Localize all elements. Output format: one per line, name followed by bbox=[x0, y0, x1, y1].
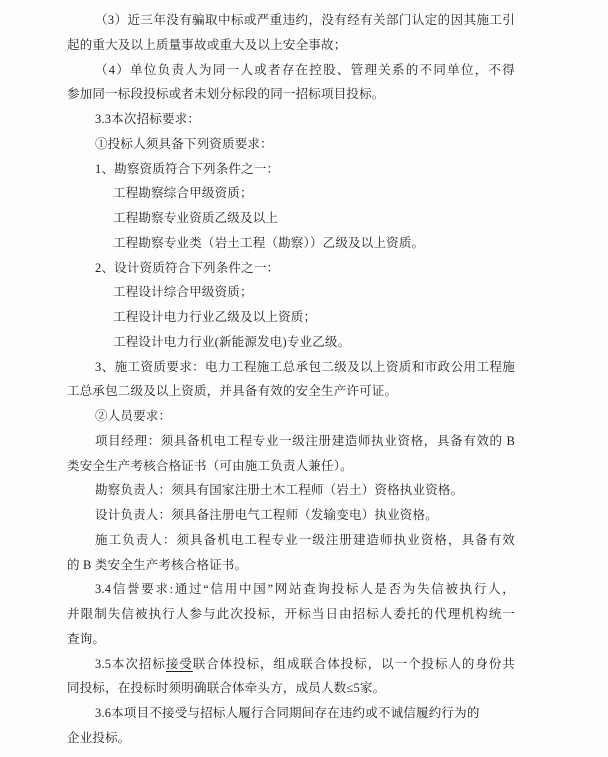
text-segment: 工程设计综合甲级资质； bbox=[113, 285, 253, 299]
text-segment: 1、勘察资质符合下列条件之一： bbox=[95, 162, 279, 176]
text-segment: 企业投标。 bbox=[67, 731, 131, 745]
text-segment: 参加同一标段投标或者未划分标段的同一招标项目投标。 bbox=[67, 87, 385, 101]
text-line: 3.6本项目不接受与招标人履行合同期间存在违约或不诚信履约行为的 bbox=[67, 701, 515, 726]
paragraph-survey-option-2: 工程勘察专业资质乙级及以上 bbox=[67, 206, 515, 231]
paragraph-qualification-intro: ①投标人须具备下列资质要求： bbox=[67, 132, 515, 157]
text-line: 的 B 类安全生产考核合格证书。 bbox=[67, 553, 515, 578]
text-segment: 起的重大及以上质量事故或重大及以上安全事故； bbox=[67, 38, 346, 52]
text-line: 企业投标。 bbox=[67, 726, 515, 751]
text-segment: 查询。 bbox=[67, 632, 105, 646]
text-segment: 并限制失信被执行人参与此次投标，开标当日由招标人委托的代理机构统一 bbox=[67, 607, 515, 621]
text-segment: （3）近三年没有骗取中标或严重违约，没有经有关部门认定的因其施工引 bbox=[95, 13, 515, 27]
text-line: 2、设计资质符合下列条件之一： bbox=[67, 256, 515, 281]
text-segment: 3.5本次招标 bbox=[95, 657, 166, 671]
text-line: 3、施工资质要求：电力工程施工总承包二级及以上资质和市政公用工程施 bbox=[67, 355, 515, 380]
text-segment: 项目经理：须具备机电工程专业一级注册建造师执业资格，具备有效的 B bbox=[95, 434, 515, 448]
text-line: 工总承包二级及以上资质，并具备有效的安全生产许可证。 bbox=[67, 379, 515, 404]
text-segment: 设计负责人：须具备注册电气工程师（发输变电）执业资格。 bbox=[95, 508, 438, 522]
text-line: ①投标人须具备下列资质要求： bbox=[67, 132, 515, 157]
text-segment: 的 B 类安全生产考核合格证书。 bbox=[67, 558, 247, 572]
paragraph-clause-3: （3）近三年没有骗取中标或严重违约，没有经有关部门认定的因其施工引起的重大及以上… bbox=[67, 8, 515, 58]
text-line: 类安全生产考核合格证书（可由施工负责人兼任）。 bbox=[67, 454, 515, 479]
text-segment: 类安全生产考核合格证书（可由施工负责人兼任）。 bbox=[67, 459, 353, 473]
text-segment: 施工负责人：须具备机电工程专业一级注册建造师执业资格，具备有效 bbox=[95, 533, 515, 547]
text-segment: 勘察负责人：须具有国家注册土木工程师（岩土）资格执业资格。 bbox=[95, 483, 463, 497]
text-line: 同投标，在投标时须明确联合体牵头方，成员人数≤5家。 bbox=[67, 676, 515, 701]
text-line: 工程勘察专业类（岩土工程（勘察））乙级及以上资质。 bbox=[67, 231, 515, 256]
text-line: 工程设计电力行业(新能源发电)专业乙级。 bbox=[67, 330, 515, 355]
text-segment: 工程勘察综合甲级资质； bbox=[113, 186, 253, 200]
text-segment: 3.6本项目不接受与招标人履行合同期间存在违约或不诚信履约行为的 bbox=[95, 706, 480, 720]
text-line: 并限制失信被执行人参与此次投标，开标当日由招标人委托的代理机构统一 bbox=[67, 602, 515, 627]
text-line: （3）近三年没有骗取中标或严重违约，没有经有关部门认定的因其施工引 bbox=[67, 8, 515, 33]
text-segment: 3.3本次招标要求： bbox=[95, 112, 200, 126]
text-line: 项目经理：须具备机电工程专业一级注册建造师执业资格，具备有效的 B bbox=[67, 429, 515, 454]
paragraph-design-leader: 设计负责人：须具备注册电气工程师（发输变电）执业资格。 bbox=[67, 503, 515, 528]
paragraph-survey-leader: 勘察负责人：须具有国家注册土木工程师（岩土）资格执业资格。 bbox=[67, 478, 515, 503]
text-segment: 联合体投标，组成联合体投标，以一个投标人的身份共 bbox=[193, 657, 515, 671]
document-page: （3）近三年没有骗取中标或严重违约，没有经有关部门认定的因其施工引起的重大及以上… bbox=[0, 0, 608, 757]
text-segment: ①投标人须具备下列资质要求： bbox=[95, 137, 273, 151]
text-line: 1、勘察资质符合下列条件之一： bbox=[67, 157, 515, 182]
underlined-text: 接受 bbox=[166, 657, 193, 671]
text-segment: 2、设计资质符合下列条件之一： bbox=[95, 261, 279, 275]
text-segment: 工程勘察专业资质乙级及以上 bbox=[113, 211, 278, 225]
paragraph-section-3-4-credit: 3.4信誉要求:通过“信用中国”网站查询投标人是否为失信被执行人，并限制失信被执… bbox=[67, 577, 515, 651]
paragraph-section-3-3: 3.3本次招标要求： bbox=[67, 107, 515, 132]
paragraph-design-option-1: 工程设计综合甲级资质； bbox=[67, 280, 515, 305]
paragraph-clause-4: （4）单位负责人为同一人或者存在控股、管理关系的不同单位，不得参加同一标段投标或… bbox=[67, 58, 515, 108]
text-line: 工程设计综合甲级资质； bbox=[67, 280, 515, 305]
paragraph-design-option-2: 工程设计电力行业乙级及以上资质； bbox=[67, 305, 515, 330]
text-segment: 工程设计电力行业(新能源发电)专业乙级。 bbox=[113, 335, 350, 349]
text-line: 勘察负责人：须具有国家注册土木工程师（岩土）资格执业资格。 bbox=[67, 478, 515, 503]
text-segment: （4）单位负责人为同一人或者存在控股、管理关系的不同单位，不得 bbox=[95, 63, 515, 77]
text-line: 参加同一标段投标或者未划分标段的同一招标项目投标。 bbox=[67, 82, 515, 107]
text-block: （3）近三年没有骗取中标或严重违约，没有经有关部门认定的因其施工引起的重大及以上… bbox=[67, 8, 515, 751]
paragraph-project-manager: 项目经理：须具备机电工程专业一级注册建造师执业资格，具备有效的 B类安全生产考核… bbox=[67, 429, 515, 479]
paragraph-construction-qualification: 3、施工资质要求：电力工程施工总承包二级及以上资质和市政公用工程施工总承包二级及… bbox=[67, 355, 515, 405]
text-segment: 工总承包二级及以上资质，并具备有效的安全生产许可证。 bbox=[67, 384, 397, 398]
text-segment: 工程勘察专业类（岩土工程（勘察））乙级及以上资质。 bbox=[113, 236, 424, 250]
text-segment: 3、施工资质要求：电力工程施工总承包二级及以上资质和市政公用工程施 bbox=[95, 360, 515, 374]
text-line: 设计负责人：须具备注册电气工程师（发输变电）执业资格。 bbox=[67, 503, 515, 528]
text-line: ②人员要求： bbox=[67, 404, 515, 429]
paragraph-survey-option-3: 工程勘察专业类（岩土工程（勘察））乙级及以上资质。 bbox=[67, 231, 515, 256]
text-line: 3.4信誉要求:通过“信用中国”网站查询投标人是否为失信被执行人， bbox=[67, 577, 515, 602]
text-segment: 工程设计电力行业乙级及以上资质； bbox=[113, 310, 316, 324]
text-line: 查询。 bbox=[67, 627, 515, 652]
paragraph-survey-qualification: 1、勘察资质符合下列条件之一： bbox=[67, 157, 515, 182]
paragraph-section-3-6-exclusion: 3.6本项目不接受与招标人履行合同期间存在违约或不诚信履约行为的企业投标。 bbox=[67, 701, 515, 751]
paragraph-survey-option-1: 工程勘察综合甲级资质； bbox=[67, 181, 515, 206]
paragraph-design-option-3: 工程设计电力行业(新能源发电)专业乙级。 bbox=[67, 330, 515, 355]
text-line: 施工负责人：须具备机电工程专业一级注册建造师执业资格，具备有效 bbox=[67, 528, 515, 553]
paragraph-design-qualification: 2、设计资质符合下列条件之一： bbox=[67, 256, 515, 281]
paragraph-section-3-5-consortium: 3.5本次招标接受联合体投标，组成联合体投标，以一个投标人的身份共同投标，在投标… bbox=[67, 652, 515, 702]
text-segment: ②人员要求： bbox=[95, 409, 171, 423]
text-line: 工程勘察综合甲级资质； bbox=[67, 181, 515, 206]
paragraph-personnel-intro: ②人员要求： bbox=[67, 404, 515, 429]
text-line: 3.3本次招标要求： bbox=[67, 107, 515, 132]
text-line: （4）单位负责人为同一人或者存在控股、管理关系的不同单位，不得 bbox=[67, 58, 515, 83]
text-line: 3.5本次招标接受联合体投标，组成联合体投标，以一个投标人的身份共 bbox=[67, 652, 515, 677]
text-segment: 3.4信誉要求:通过“信用中国”网站查询投标人是否为失信被执行人， bbox=[95, 582, 515, 596]
text-line: 工程勘察专业资质乙级及以上 bbox=[67, 206, 515, 231]
text-line: 起的重大及以上质量事故或重大及以上安全事故； bbox=[67, 33, 515, 58]
text-line: 工程设计电力行业乙级及以上资质； bbox=[67, 305, 515, 330]
text-segment: 同投标，在投标时须明确联合体牵头方，成员人数≤5家。 bbox=[67, 681, 385, 695]
paragraph-construction-leader: 施工负责人：须具备机电工程专业一级注册建造师执业资格，具备有效的 B 类安全生产… bbox=[67, 528, 515, 578]
